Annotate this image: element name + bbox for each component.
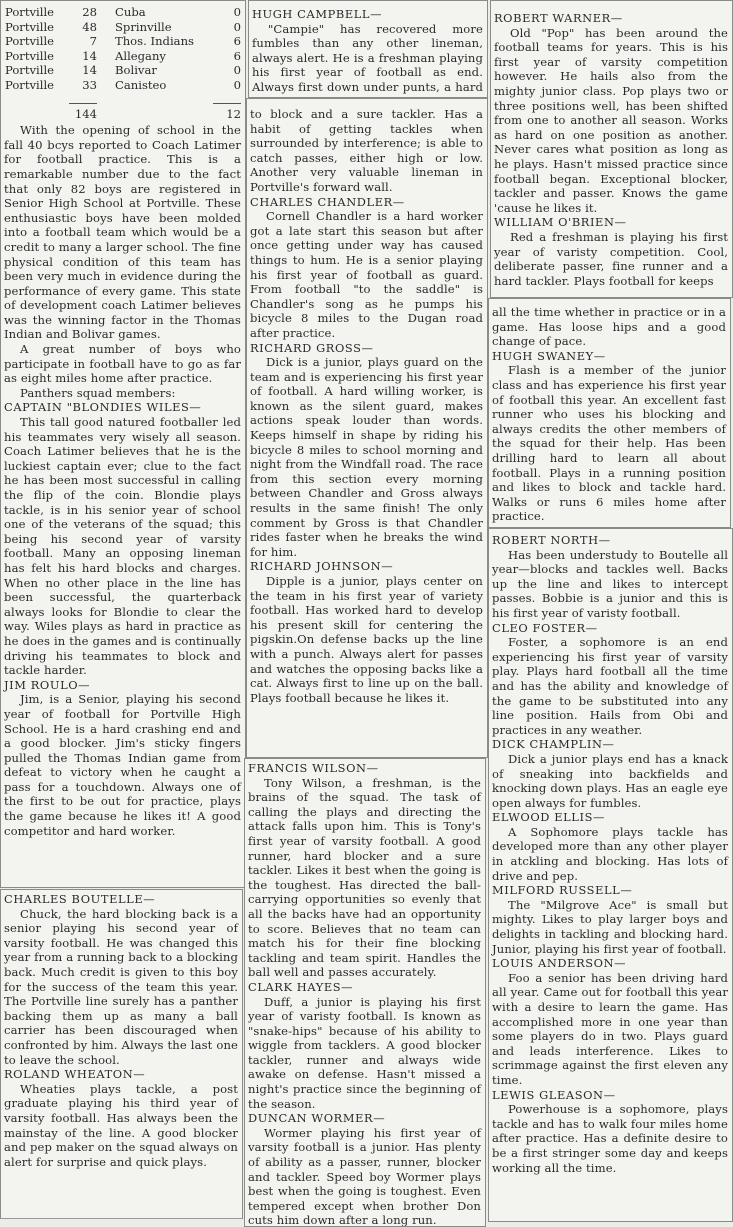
player-bio: Dipple is a junior, plays center on the … <box>250 574 483 705</box>
player-bio: Old "Pop" has been around the football t… <box>494 26 728 216</box>
player-bio: Jim, is a Senior, playing his second yea… <box>4 692 241 838</box>
opponent-name: Bolivar <box>109 63 208 78</box>
player-bio: Foo a senior has been driving hard all y… <box>492 971 728 1088</box>
column-3-clip-top: ROBERT WARNER— Old "Pop" has been around… <box>490 0 733 298</box>
player-heading: HUGH SWANEY— <box>492 349 726 364</box>
score-row: Portville48Sprinville0 <box>5 20 241 35</box>
player-bio: Duff, a junior is playing his first year… <box>248 995 481 1112</box>
newspaper-page: Portville28Cuba0 Portville48Sprinville0 … <box>0 0 733 1227</box>
opponent-name: Canisteo <box>109 78 208 93</box>
team-score: 7 <box>62 34 109 49</box>
player-heading: JIM ROULO— <box>4 678 241 693</box>
column-2-clip-top: HUGH CAMPBELL— "Campie" has recovered mo… <box>248 0 488 98</box>
player-bio: Foster, a sophomore is an end experienci… <box>492 635 728 737</box>
player-bio: Chuck, the hard blocking back is a senio… <box>4 907 238 1068</box>
player-bio: Flash is a member of the junior class an… <box>492 363 726 524</box>
team-score: 14 <box>62 49 109 64</box>
squad-members-label: Panthers squad members: <box>4 386 241 401</box>
player-heading: MILFORD RUSSELL— <box>492 883 728 898</box>
team-score: 33 <box>62 78 109 93</box>
player-bio: Dick is a junior, plays guard on the tea… <box>250 355 483 559</box>
player-heading: CAPTAIN "BLONDIES WILES— <box>4 400 241 415</box>
team-score: 14 <box>62 63 109 78</box>
team-score: 28 <box>62 5 109 20</box>
player-bio: A Sophomore plays tackle has developed m… <box>492 825 728 883</box>
score-row: Portville14Bolivar0 <box>5 63 241 78</box>
player-bio: Tony Wilson, a freshman, is the brains o… <box>248 776 481 980</box>
team-name: Portville <box>5 34 62 49</box>
player-heading: RICHARD JOHNSON— <box>250 559 483 574</box>
player-bio: Wormer playing his first year of varsity… <box>248 1126 481 1227</box>
player-heading: CHARLES CHANDLER— <box>250 195 483 210</box>
player-heading: CHARLES BOUTELLE— <box>4 892 238 907</box>
player-heading: DICK CHAMPLIN— <box>492 737 728 752</box>
player-heading: CLARK HAYES— <box>248 980 481 995</box>
total-points-for: 144 <box>62 107 109 121</box>
opponent-score: 0 <box>208 63 241 78</box>
team-name: Portville <box>5 49 62 64</box>
opponent-score: 6 <box>208 34 241 49</box>
player-bio: Red a freshman is playing his first year… <box>494 230 728 288</box>
team-name: Portville <box>5 5 62 20</box>
player-bio: Cornell Chandler is a hard worker got a … <box>250 209 483 340</box>
opponent-score: 0 <box>208 5 241 20</box>
player-heading: ELWOOD ELLIS— <box>492 810 728 825</box>
column-3-clip-bottom: ROBERT NORTH— Has been understudy to Bou… <box>488 528 733 1222</box>
season-scores-table: Portville28Cuba0 Portville48Sprinville0 … <box>5 5 241 121</box>
column-3-clip-middle: all the time whether in practice or in a… <box>488 298 731 528</box>
opponent-score: 0 <box>208 78 241 93</box>
player-bio: "Campie" has recovered more fumbles than… <box>252 22 483 98</box>
total-rule <box>5 93 241 108</box>
player-bio: The "Milgrove Ace" is small but mighty. … <box>492 898 728 956</box>
player-bio: Has been understudy to Boutelle all year… <box>492 548 728 621</box>
score-row: Portville14Allegany6 <box>5 49 241 64</box>
player-heading: ROBERT NORTH— <box>492 533 728 548</box>
player-heading: ROLAND WHEATON— <box>4 1067 238 1082</box>
player-heading: WILLIAM O'BRIEN— <box>494 215 728 230</box>
player-heading: RICHARD GROSS— <box>250 341 483 356</box>
player-heading: DUNCAN WORMER— <box>248 1111 481 1126</box>
opponent-score: 6 <box>208 49 241 64</box>
team-name: Portville <box>5 63 62 78</box>
opponent-score: 0 <box>208 20 241 35</box>
intro-paragraph: With the opening of school in the fall 4… <box>4 123 241 342</box>
score-row: Portville33Canisteo0 <box>5 78 241 93</box>
intro-paragraph: A great number of boys who participate i… <box>4 342 241 386</box>
totals-row: 14412 <box>5 107 241 121</box>
player-heading: LOUIS ANDERSON— <box>492 956 728 971</box>
player-bio: This tall good natured footballer led hi… <box>4 415 241 678</box>
opponent-name: Allegany <box>109 49 208 64</box>
total-points-against: 12 <box>208 107 241 121</box>
player-bio-continued: to block and a sure tackler. Has a habit… <box>250 107 483 195</box>
opponent-name: Cuba <box>109 5 208 20</box>
team-name: Portville <box>5 20 62 35</box>
player-bio-continued: all the time whether in practice or in a… <box>492 305 726 349</box>
player-heading: CLEO FOSTER— <box>492 621 728 636</box>
player-heading: HUGH CAMPBELL— <box>252 7 483 22</box>
player-heading: ROBERT WARNER— <box>494 11 728 26</box>
opponent-name: Thos. Indians <box>109 34 208 49</box>
score-row: Portville7Thos. Indians6 <box>5 34 241 49</box>
player-heading: FRANCIS WILSON— <box>248 761 481 776</box>
team-name: Portville <box>5 78 62 93</box>
column-1-clip-bottom: CHARLES BOUTELLE— Chuck, the hard blocki… <box>0 889 243 1219</box>
column-1-clip-top: Portville28Cuba0 Portville48Sprinville0 … <box>0 0 246 888</box>
player-heading: LEWIS GLEASON— <box>492 1088 728 1103</box>
opponent-name: Sprinville <box>109 20 208 35</box>
player-bio: Wheaties plays tackle, a post graduate p… <box>4 1082 238 1170</box>
score-row: Portville28Cuba0 <box>5 5 241 20</box>
player-bio: Powerhouse is a sophomore, plays tackle … <box>492 1102 728 1175</box>
column-2-clip-middle: to block and a sure tackler. Has a habit… <box>246 98 488 758</box>
team-score: 48 <box>62 20 109 35</box>
column-2-clip-bottom: FRANCIS WILSON— Tony Wilson, a freshman,… <box>244 758 486 1227</box>
player-bio: Dick a junior plays end has a knack of s… <box>492 752 728 810</box>
